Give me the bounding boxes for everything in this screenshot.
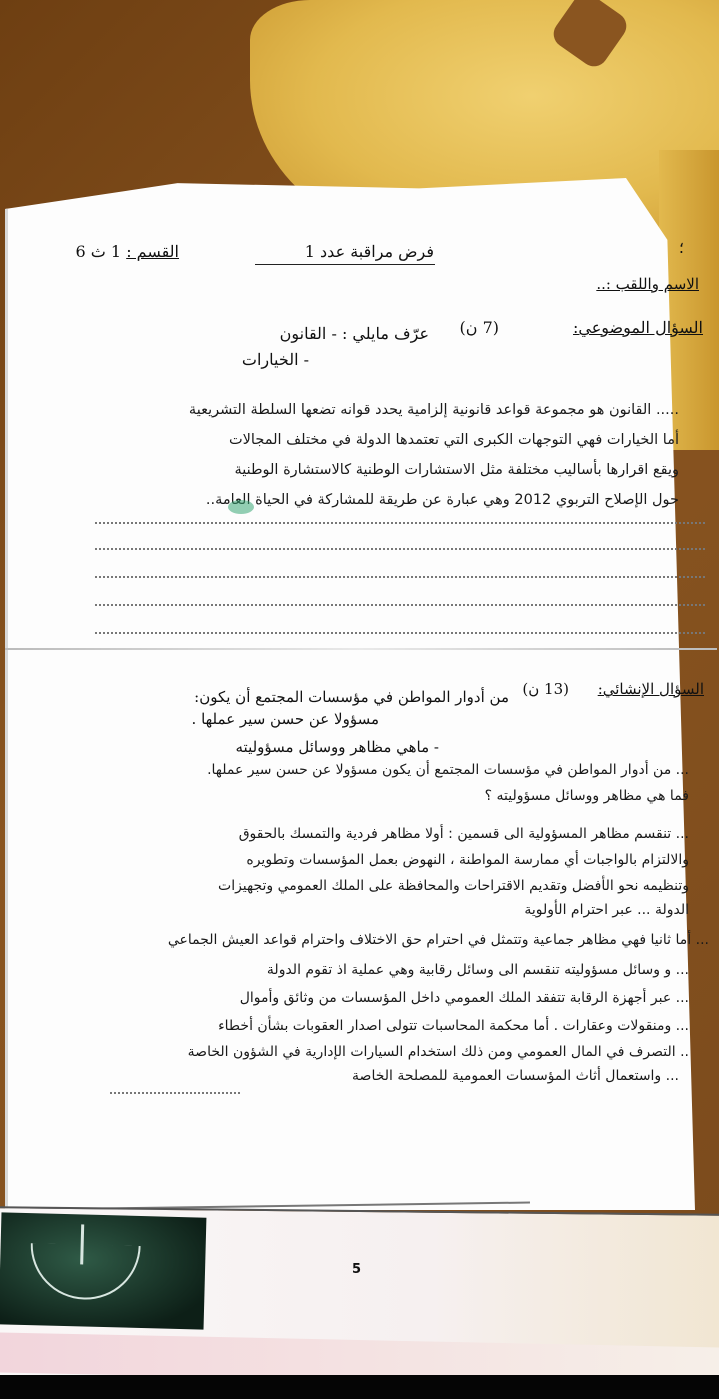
boat-hull	[29, 1243, 140, 1301]
answer2-line: والالتزام بالواجبات أي ممارسة المواطنة ،…	[246, 852, 689, 868]
class-section: القسم : 1 ث 6	[75, 242, 179, 261]
blank-answer-line	[95, 576, 705, 578]
answer1-line: حول الإصلاح التربوي 2012 وهي عبارة عن طر…	[206, 492, 679, 508]
question2-prompt-line1: من أدوار المواطن في مؤسسات المجتمع أن يك…	[194, 688, 509, 706]
answer2-line: .. التصرف في المال العمومي ومن ذلك استخد…	[188, 1044, 689, 1060]
answer2-line: الدولة ... عبر احترام الأولوية	[524, 902, 689, 918]
blank-answer-line	[95, 632, 705, 634]
answer1-line: ..... القانون هو مجموعة قواعد قانونية إل…	[189, 402, 679, 418]
answer2-line: ... عبر أجهزة الرقابة تتفقد الملك العموم…	[240, 990, 689, 1006]
section-value: 1 ث 6	[75, 242, 121, 261]
answer2-line: ... واستعمال أثاث المؤسسات العمومية للمص…	[352, 1068, 679, 1084]
name-field-label: الاسم واللقب :..	[596, 275, 699, 293]
question2-prompt-line2: مسؤولا عن حسن سير عملها .	[192, 710, 379, 728]
blank-answer-line	[95, 522, 705, 524]
title-underline	[255, 264, 435, 265]
question1-points: (7 ن)	[459, 318, 499, 337]
paper-fold-line	[5, 648, 717, 650]
page-number: 5	[352, 1262, 366, 1277]
question1-item-2: - الخيارات	[242, 350, 309, 369]
question2-points: (13 ن)	[522, 680, 569, 698]
answer2-line: ... أما ثانيا فهي مظاهر جماعية وتتمثل في…	[168, 932, 709, 948]
blank-answer-line	[95, 548, 705, 550]
answer2-line: ... و وسائل مسؤوليته تنقسم الى وسائل رقا…	[267, 962, 689, 978]
answer1-line: ويقع اقرارها بأساليب مختلفة مثل الاستشار…	[234, 462, 679, 478]
question2-label: السؤال الإنشائي:	[598, 680, 704, 698]
dark-bottom-edge	[0, 1375, 719, 1399]
question2-prompt-line3: - ماهي مظاهر ووسائل مسؤوليته	[236, 738, 440, 756]
boat-photo	[0, 1212, 206, 1329]
answer2-line: فما هي مظاهر ووسائل مسؤوليته ؟	[485, 788, 689, 804]
highlighter-mark	[228, 500, 254, 514]
answer2-line: وتنظيمه نحو الأفضل وتقديم الاقتراحات وال…	[218, 878, 689, 894]
answer2-line: ... من أدوار المواطن في مؤسسات المجتمع أ…	[207, 762, 689, 778]
answer2-line: ... تنقسم مظاهر المسؤولية الى قسمين : أو…	[239, 826, 689, 842]
exam-title: فرض مراقبة عدد 1	[305, 242, 434, 261]
section-label: القسم :	[126, 242, 179, 261]
blank-answer-line	[95, 604, 705, 606]
question1-prompt: عرّف مايلي : - القانون	[280, 324, 429, 343]
blank-answer-line	[110, 1092, 240, 1094]
corner-mark: ؛	[679, 238, 684, 257]
question1-label: السؤال الموضوعي:	[573, 318, 703, 337]
answer2-line: ... ومنقولات وعقارات . أما محكمة المحاسب…	[218, 1018, 689, 1034]
answer1-line: أما الخيارات فهي التوجهات الكبرى التي تع…	[229, 432, 679, 448]
